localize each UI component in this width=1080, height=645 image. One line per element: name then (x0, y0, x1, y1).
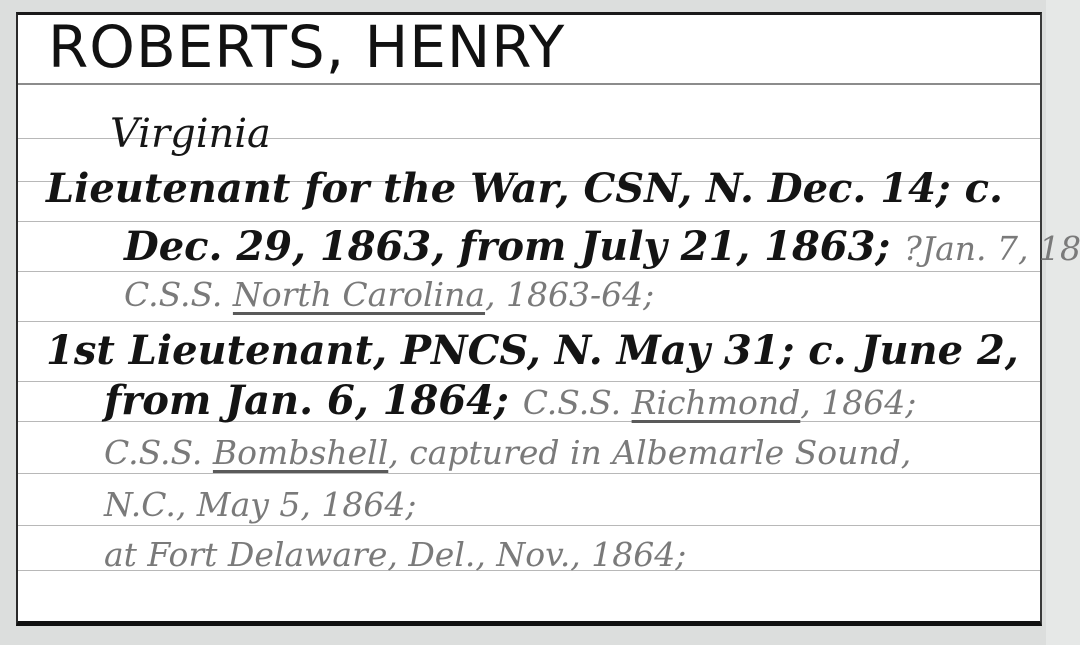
viewer-margin (1046, 0, 1080, 645)
service-line: N.C., May 5, 1864; (104, 485, 416, 524)
person-name: ROBERTS, HENRY (48, 13, 565, 81)
text-segment: Lieutenant for the War, CSN, N. Dec. 14;… (46, 165, 1003, 212)
text-segment: , 1864; (800, 383, 916, 422)
text-segment: N.C., May 5, 1864; (104, 485, 416, 524)
text-segment: 1st Lieutenant, PNCS, N. May 31; c. June… (46, 327, 1019, 374)
service-line: 1st Lieutenant, PNCS, N. May 31; c. June… (46, 327, 1019, 374)
service-line: C.S.S. Bombshell, captured in Albemarle … (104, 433, 911, 472)
rule-line (18, 473, 1040, 474)
rule-line (18, 83, 1040, 85)
text-segment: at Fort Delaware, Del., Nov., 1864; (104, 535, 686, 574)
text-segment: C.S.S. (124, 275, 233, 314)
service-line: at Fort Delaware, Del., Nov., 1864; (104, 535, 686, 574)
rule-line (18, 221, 1040, 222)
rule-line (18, 525, 1040, 526)
rule-line (18, 321, 1040, 322)
rule-line (18, 271, 1040, 272)
service-line: Lieutenant for the War, CSN, N. Dec. 14;… (46, 165, 1003, 212)
text-segment: , 1863-64; (485, 275, 654, 314)
text-segment: from Jan. 6, 1864; (104, 377, 523, 424)
service-line: C.S.S. North Carolina, 1863-64; (124, 275, 654, 314)
service-line: from Jan. 6, 1864; C.S.S. Richmond, 1864… (104, 377, 916, 424)
service-line: Dec. 29, 1863, from July 21, 1863; ?Jan.… (124, 223, 1080, 270)
text-segment: Richmond (632, 383, 801, 422)
text-segment: , captured in Albemarle Sound, (388, 433, 911, 472)
text-segment: C.S.S. (104, 433, 213, 472)
text-segment: C.S.S. (523, 383, 632, 422)
text-segment: North Carolina (233, 275, 485, 314)
state-label: Virginia (110, 111, 271, 157)
text-segment: Bombshell (213, 433, 388, 472)
text-segment: ?Jan. 7, 1864?; (904, 229, 1080, 268)
index-card: ROBERTS, HENRY Virginia Lieutenant for t… (16, 12, 1042, 626)
text-segment: Dec. 29, 1863, from July 21, 1863; (124, 223, 904, 270)
